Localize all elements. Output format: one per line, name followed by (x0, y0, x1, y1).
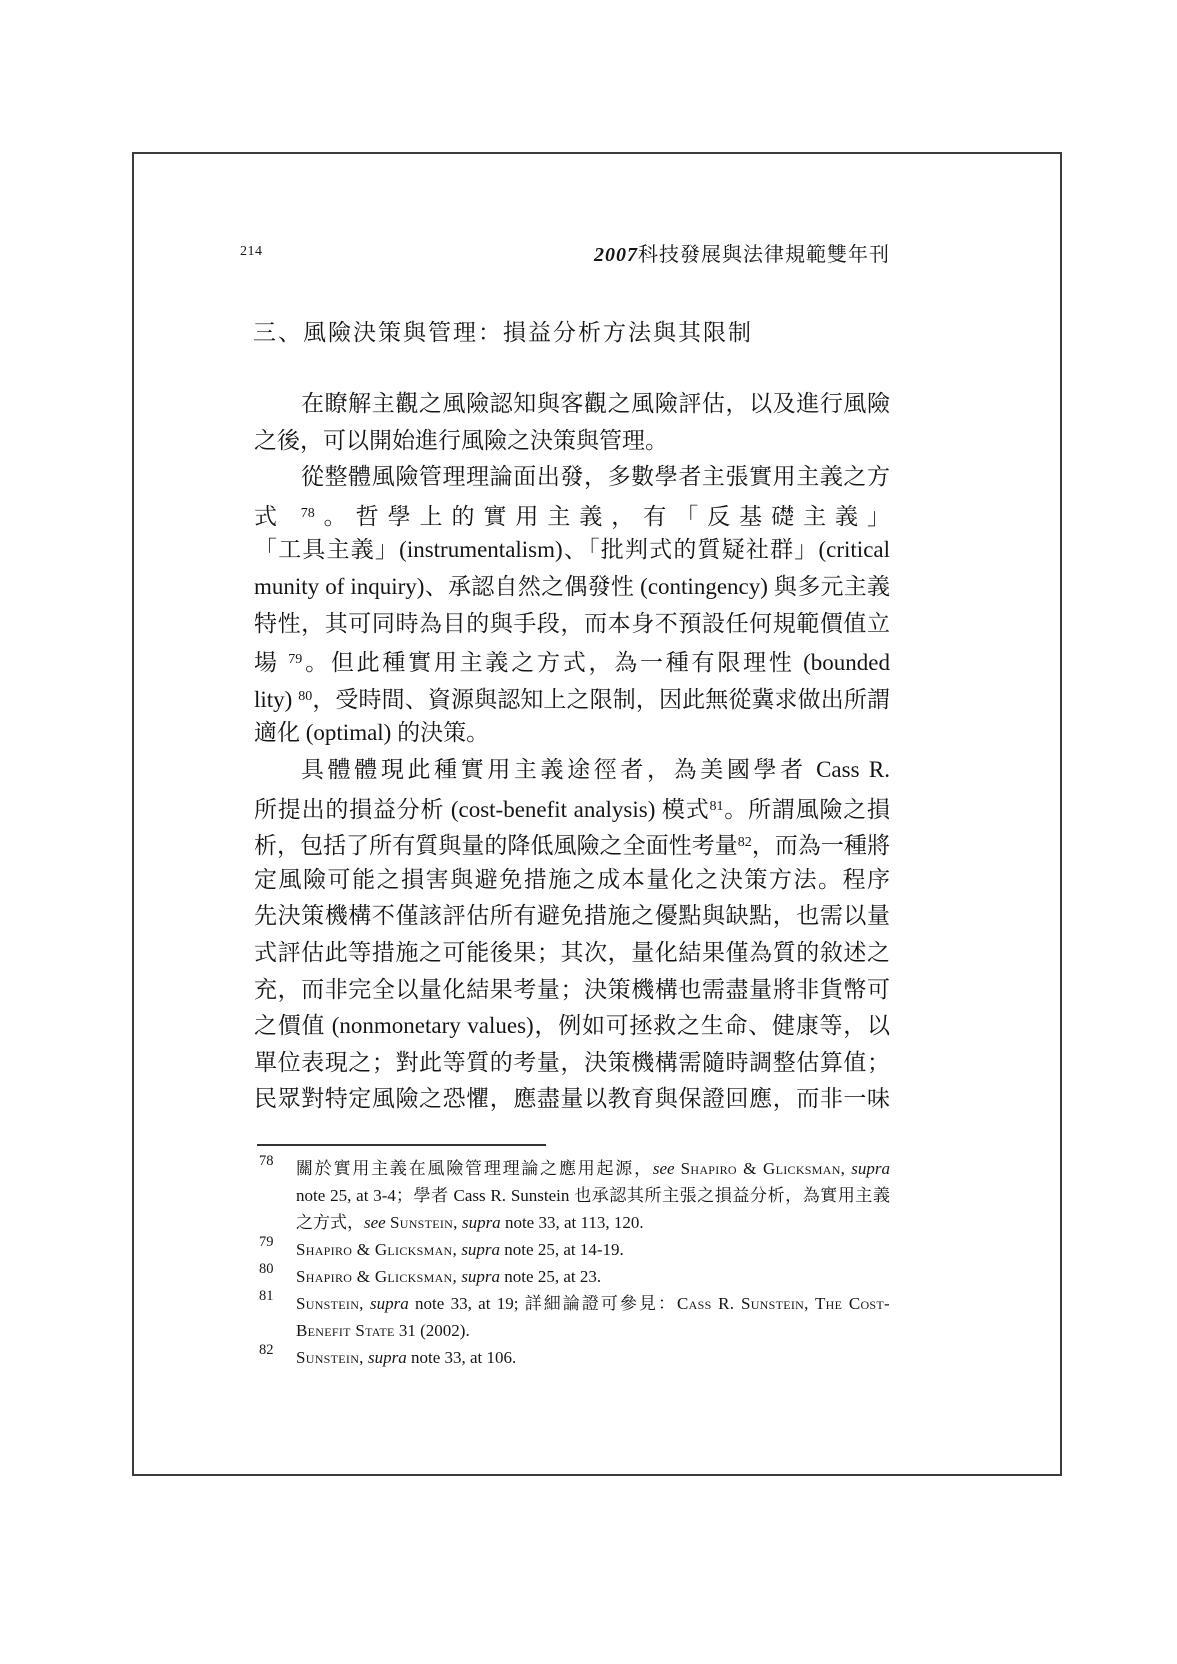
footnote-line: Sunstein, supra note 33, at 19; 詳細論證可參見：… (296, 1290, 890, 1317)
body-line: 之後，可以開始進行風險之決策與管理。 (254, 423, 890, 460)
body-line: munity of inquiry)、承認自然之偶發性 (contingency… (254, 569, 890, 606)
journal-year: 2007 (594, 244, 638, 266)
body-line: 定風險可能之損害與避免措施之成本量化之決策方法。程序上，首 (254, 862, 890, 899)
body-line: 先決策機構不僅該評估所有避免措施之優點與缺點，也需以量化方 (254, 898, 890, 935)
body-line: 「工具主義」(instrumentalism)、「批判式的質疑社群」(criti… (254, 532, 890, 569)
footnote-number: 81 (259, 1288, 274, 1305)
footnote: 80Shapiro & Glicksman, supra note 25, at… (254, 1263, 890, 1290)
footnote-line: Benefit State 31 (2002). (296, 1317, 890, 1344)
journal-title: 科技發展與法律規範雙年刊 (638, 244, 890, 266)
document-page: 214 2007科技發展與法律規範雙年刊 三、風險決策與管理：損益分析方法與其限… (0, 0, 1177, 1664)
journal-header: 2007科技發展與法律規範雙年刊 (254, 238, 890, 267)
footnote-number: 82 (259, 1342, 274, 1359)
footnote: 79Shapiro & Glicksman, supra note 25, at… (254, 1236, 890, 1263)
footnote-line: Shapiro & Glicksman, supra note 25, at 1… (296, 1236, 890, 1263)
body-line: 從整體風險管理理論面出發，多數學者主張實用主義之方 (254, 459, 890, 496)
footnotes: 78關於實用主義在風險管理理論之應用起源，see Shapiro & Glick… (254, 1155, 890, 1371)
footnote-line: Sunstein, supra note 33, at 106. (296, 1344, 890, 1371)
body-line: 單位表現之；對此等質的考量，決策機構需隨時調整估算值；對於 (254, 1045, 890, 1082)
footnote-line: 關於實用主義在風險管理理論之應用起源，see Shapiro & Glicksm… (296, 1155, 890, 1182)
footnote-number: 80 (259, 1261, 274, 1278)
body-line: 析，包括了所有質與量的降低風險之全面性考量82，而為一種將特 (254, 825, 890, 862)
body-line: 式評估此等措施之可能後果；其次，量化結果僅為質的敘述之補 (254, 935, 890, 972)
body-text: 在瞭解主觀之風險認知與客觀之風險評估，以及進行風險溝通之後，可以開始進行風險之決… (254, 386, 890, 1118)
body-line: 在瞭解主觀之風險認知與客觀之風險評估，以及進行風險溝通 (254, 386, 890, 423)
section-heading: 三、風險決策與管理：損益分析方法與其限制 (253, 314, 913, 347)
body-line: lity) 80，受時間、資源與認知上之限制，因此無從冀求做出所謂最 (254, 679, 890, 716)
footnote-number: 78 (259, 1153, 274, 1170)
body-line: 式 78。哲學上的實用主義，有「反基礎主義」(foundationalism)、 (254, 496, 890, 533)
footnote-number: 79 (259, 1234, 274, 1251)
body-line: 所提出的損益分析 (cost-benefit analysis) 模式81。所謂… (254, 789, 890, 826)
footnote-line: Shapiro & Glicksman, supra note 25, at 2… (296, 1263, 890, 1290)
body-line: 適化 (optimal) 的決策。 (254, 715, 890, 752)
footnote-separator-rule (257, 1144, 546, 1146)
footnote-line: 之方式，see Sunstein, supra note 33, at 113,… (296, 1209, 890, 1236)
body-line: 具體體現此種實用主義途徑者，為美國學者 Cass R. Sunstein (254, 752, 890, 789)
footnote-line: note 25, at 3-4；學者 Cass R. Sunstein 也承認其… (296, 1182, 890, 1209)
body-line: 民眾對特定風險之恐懼，應盡量以教育與保證回應，而非一味地進 (254, 1081, 890, 1118)
footnote: 81Sunstein, supra note 33, at 19; 詳細論證可參… (254, 1290, 890, 1344)
footnote: 82Sunstein, supra note 33, at 106. (254, 1344, 890, 1371)
footnote: 78關於實用主義在風險管理理論之應用起源，see Shapiro & Glick… (254, 1155, 890, 1236)
body-line: 特性，其可同時為目的與手段，而本身不預設任何規範價值立 (254, 606, 890, 643)
body-line: 場 79。但此種實用主義之方式，為一種有限理性 (bounded rationa… (254, 642, 890, 679)
body-line: 之價值 (nonmonetary values)，例如可拯救之生命、健康等，以貨… (254, 1008, 890, 1045)
body-line: 充，而非完全以量化結果考量；決策機構也需盡量將非貨幣可計算 (254, 972, 890, 1009)
